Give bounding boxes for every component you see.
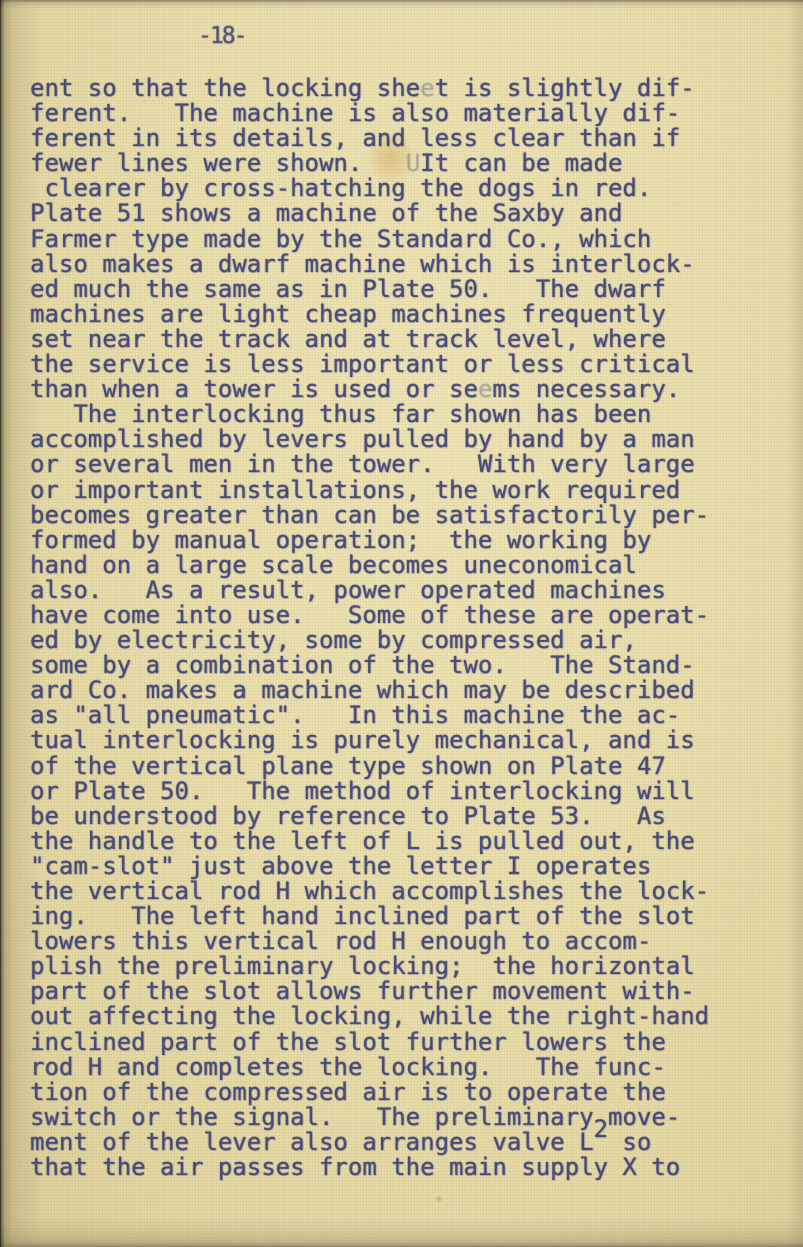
text-line: or several men in the tower. With very l… xyxy=(30,452,790,477)
text-line: as "all pneumatic". In this machine the … xyxy=(30,703,790,728)
text-line: be understood by reference to Plate 53. … xyxy=(30,804,790,829)
text-line: have come into use. Some of these are op… xyxy=(30,603,790,628)
text-line: ferent. The machine is also materially d… xyxy=(30,101,790,126)
text-line: some by a combination of the two. The St… xyxy=(30,653,790,678)
text-line: ent so that the locking sheet is slightl… xyxy=(30,76,790,101)
text-line: ed by electricity, some by compressed ai… xyxy=(30,628,790,653)
text-line: than when a tower is used or seems neces… xyxy=(30,377,790,402)
text-line: the vertical rod H which accomplishes th… xyxy=(30,879,790,904)
text-line: rod H and completes the locking. The fun… xyxy=(30,1055,790,1080)
document-page: -18- ent so that the locking sheet is sl… xyxy=(0,0,803,1247)
text-line: out affecting the locking, while the rig… xyxy=(30,1004,790,1029)
text-line: clearer by cross-hatching the dogs in re… xyxy=(30,176,790,201)
text-line: ard Co. makes a machine which may be des… xyxy=(30,678,790,703)
page-body-text: ent so that the locking sheet is slightl… xyxy=(30,76,790,1180)
text-line: tion of the compressed air is to operate… xyxy=(30,1080,790,1105)
text-line: becomes greater than can be satisfactori… xyxy=(30,503,790,528)
text-line: the handle to the left of L is pulled ou… xyxy=(30,829,790,854)
paper-stain xyxy=(435,1195,443,1203)
text-line: part of the slot allows further movement… xyxy=(30,979,790,1004)
text-line: Plate 51 shows a machine of the Saxby an… xyxy=(30,201,790,226)
text-line: also. As a result, power operated machin… xyxy=(30,578,790,603)
text-line: ing. The left hand inclined part of the … xyxy=(30,904,790,929)
text-line: the service is less important or less cr… xyxy=(30,352,790,377)
text-line: Farmer type made by the Standard Co., wh… xyxy=(30,227,790,252)
text-line: accomplished by levers pulled by hand by… xyxy=(30,427,790,452)
text-line: of the vertical plane type shown on Plat… xyxy=(30,754,790,779)
text-line: The interlocking thus far shown has been xyxy=(30,402,790,427)
text-line: plish the preliminary locking; the horiz… xyxy=(30,954,790,979)
text-line: tual interlocking is purely mechanical, … xyxy=(30,728,790,753)
text-line: ed much the same as in Plate 50. The dwa… xyxy=(30,277,790,302)
text-line: or Plate 50. The method of interlocking … xyxy=(30,779,790,804)
text-line: switch or the signal. The preliminary mo… xyxy=(30,1105,790,1130)
text-line: also makes a dwarf machine which is inte… xyxy=(30,252,790,277)
text-line: ment of the lever also arranges valve L2… xyxy=(30,1130,790,1155)
text-line: hand on a large scale becomes uneconomic… xyxy=(30,553,790,578)
text-line: formed by manual operation; the working … xyxy=(30,528,790,553)
text-line: machines are light cheap machines freque… xyxy=(30,302,790,327)
text-line: set near the track and at track level, w… xyxy=(30,327,790,352)
text-line: lowers this vertical rod H enough to acc… xyxy=(30,929,790,954)
text-line: "cam-slot" just above the letter I opera… xyxy=(30,854,790,879)
text-line: inclined part of the slot further lowers… xyxy=(30,1030,790,1055)
page-number: -18- xyxy=(198,23,245,49)
text-line: or important installations, the work req… xyxy=(30,478,790,503)
text-line: fewer lines were shown. UIt can be made xyxy=(30,151,790,176)
text-line: that the air passes from the main supply… xyxy=(30,1155,790,1180)
text-line: ferent in its details, and less clear th… xyxy=(30,126,790,151)
